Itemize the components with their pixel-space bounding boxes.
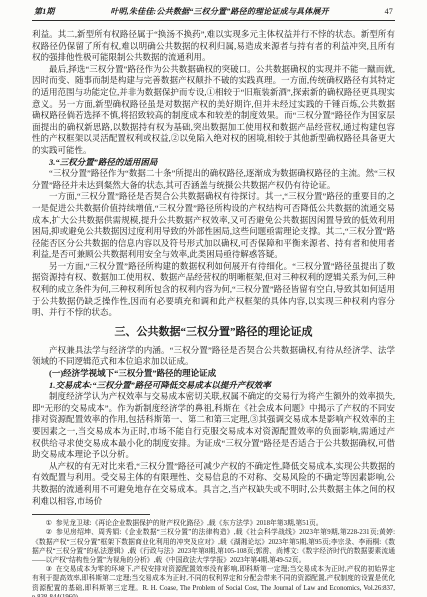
footnote-marker-1: ①	[46, 520, 52, 527]
article-body: 利益。其二,新型所有权路径属于“换汤不换药”,难以实现多元主体权益并行不悖的状态…	[32, 29, 395, 507]
body-paragraph-yifangmian: 一方面,“三权分置”路径是否契合公共数据确权有待探讨。其一,“三权分置”路径的重…	[32, 191, 395, 261]
header-running-title: 叶明,朱佳佳:公共数据“三权分置”路径的理论证成与具体展开	[110, 6, 328, 17]
footnote-separator	[32, 514, 150, 515]
body-paragraph-continuation: 利益。其二,新型所有权路径属于“换汤不换药”,难以实现多元主体权益并行不悖的状态…	[32, 29, 395, 64]
footnote-marker-2: ②	[46, 529, 52, 536]
footnote-marker-3: ③	[46, 566, 52, 573]
header-page-number: 47	[385, 7, 393, 16]
subsection-heading-econ: (一)经济学视域下“三权分置”路径的理论证成	[32, 368, 395, 380]
section-heading-three: 三、公共数据“三权分置”路径的理论证成	[32, 326, 395, 339]
subsection-heading-3: 3.“三权分置”路径的适用困局	[32, 157, 395, 169]
body-paragraph-zhidu: 制度经济学认为产权效率与交易成本密切关联,权属不确定的交易行为将产生额外的效率损…	[32, 391, 395, 461]
subsubsection-heading-cost: 1.交易成本:“三权分置”路径可降低交易成本以提升产权效率	[32, 380, 395, 392]
footnote-text-1: 参见龙卫球:《再论企业数据保护的财产权化路径》,载《东方法学》2018年第3期,…	[56, 520, 323, 527]
footnote-zone: ①参见龙卫球:《再论企业数据保护的财产权化路径》,载《东方法学》2018年第3期…	[32, 514, 395, 597]
footnote-item-2: ②参见房绍坤、周秀娟:《企业数据“三权分置”的法律构造》,载《社会科学战线》20…	[32, 528, 395, 565]
page-header: 第1期 叶明,朱佳佳:公共数据“三权分置”路径的理论证成与具体展开 47	[32, 6, 395, 21]
body-paragraph-lingyifangmian: 另一方面,“三权分置”路径所构建的数据权利如何展开有待细化。“三权分置”路径虽提…	[32, 261, 395, 319]
footnote-item-3: ③在交易成本为零的环境下,产权安排对资源配置效率没有影响,即科斯第一定理;当交易…	[32, 565, 395, 597]
body-paragraph-sanquan: “三权分置”路径作为“数据二十条”所提出的确权路径,逐渐成为数据确权路径的主流。…	[32, 168, 395, 191]
body-paragraph-congchanquan: 从产权的有无对比来看,“三权分置”路径可减少产权的不确定性,降低交易成本,实现公…	[32, 461, 395, 507]
body-paragraph-chanquan: 产权兼具法学与经济学的内涵。“三权分置”路径是否契合公共数据确权,有待从经济学、…	[32, 345, 395, 368]
footnote-text-3: 在交易成本为零的环境下,产权安排对资源配置效率没有影响,即科斯第一定理;当交易成…	[32, 566, 395, 597]
body-paragraph-zuihou: 最后,择选“三权分置”路径作为公共数据确权的突破口。公共数据确权的实现并不能一蹴…	[32, 64, 395, 157]
header-issue-label: 第1期	[34, 6, 55, 17]
footnotes: ①参见龙卫球:《再论企业数据保护的财产权化路径》,载《东方法学》2018年第3期…	[32, 519, 395, 597]
footnote-text-2: 参见房绍坤、周秀娟:《企业数据“三权分置”的法律构造》,载《社会科学战线》202…	[32, 529, 395, 564]
journal-page: 第1期 叶明,朱佳佳:公共数据“三权分置”路径的理论证成与具体展开 47 利益。…	[0, 0, 427, 597]
footnote-item-1: ①参见龙卫球:《再论企业数据保护的财产权化路径》,载《东方法学》2018年第3期…	[32, 519, 395, 528]
